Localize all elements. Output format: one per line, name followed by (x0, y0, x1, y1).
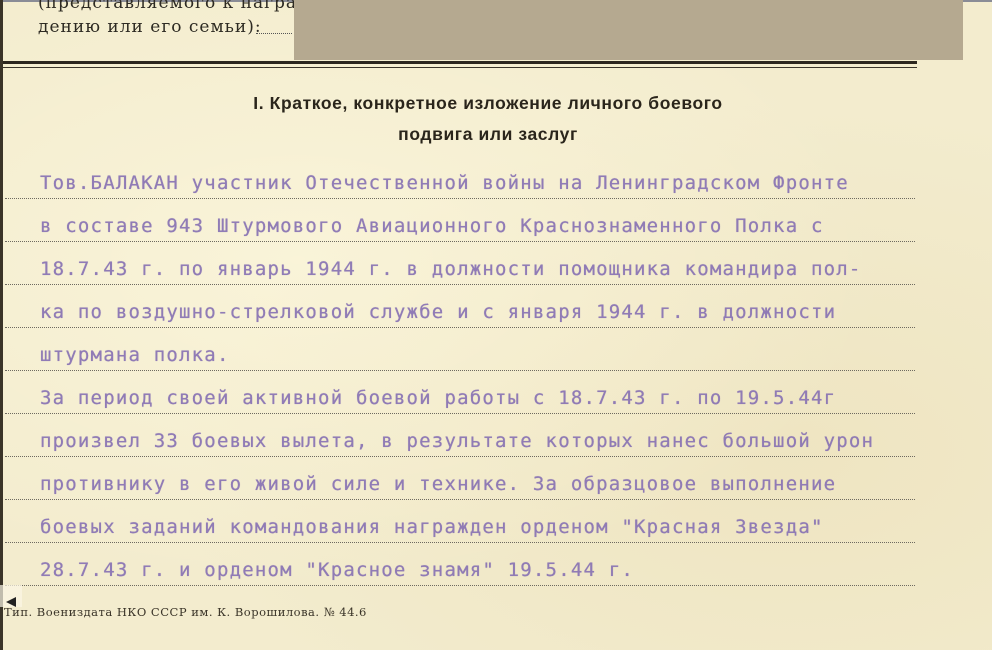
typed-line: штурмана полка. (40, 344, 230, 366)
form-field-label-line1: (представляемого к награж- (38, 0, 320, 13)
dotted-ruling-line (5, 456, 915, 457)
dotted-ruling-line (5, 413, 915, 414)
typed-line: Тов.БАЛАКАН участник Отечественной войны… (40, 172, 849, 194)
dotted-ruling-line (5, 198, 915, 199)
section-heading-line2: подвига или заслуг (0, 124, 984, 145)
typed-line: 28.7.43 г. и орденом "Красное знамя" 19.… (40, 559, 634, 581)
section-divider-thick (3, 61, 917, 64)
redacted-field-value (294, 0, 963, 60)
typed-line: 18.7.43 г. по январь 1944 г. в должности… (40, 258, 862, 280)
typed-line: боевых заданий командования награжден ор… (40, 516, 824, 538)
section-divider-thin (3, 67, 917, 68)
typed-line: За период своей активной боевой работы с… (40, 387, 836, 409)
section-heading-line1: I. Краткое, конкретное изложение личного… (0, 93, 984, 114)
printer-imprint: Тип. Воениздата НКО СССР им. К. Ворошило… (4, 605, 367, 619)
dotted-ruling-line (5, 370, 915, 371)
dotted-ruling-line (5, 241, 915, 242)
form-field-label-line2: дению или его семьи): (38, 17, 262, 37)
typed-line: противнику в его живой силе и технике. З… (40, 473, 836, 495)
field-dotted-leader (256, 33, 292, 34)
dotted-ruling-line (5, 499, 915, 500)
typed-line: произвел 33 боевых вылета, в результате … (40, 430, 874, 452)
dotted-ruling-line (5, 327, 915, 328)
typed-line: ка по воздушно-стрелковой службе и с янв… (40, 301, 836, 323)
typed-line: в составе 943 Штурмового Авиационного Кр… (40, 215, 824, 237)
dotted-ruling-line (5, 284, 915, 285)
dotted-ruling-line (5, 542, 915, 543)
dotted-ruling-line (5, 585, 915, 586)
